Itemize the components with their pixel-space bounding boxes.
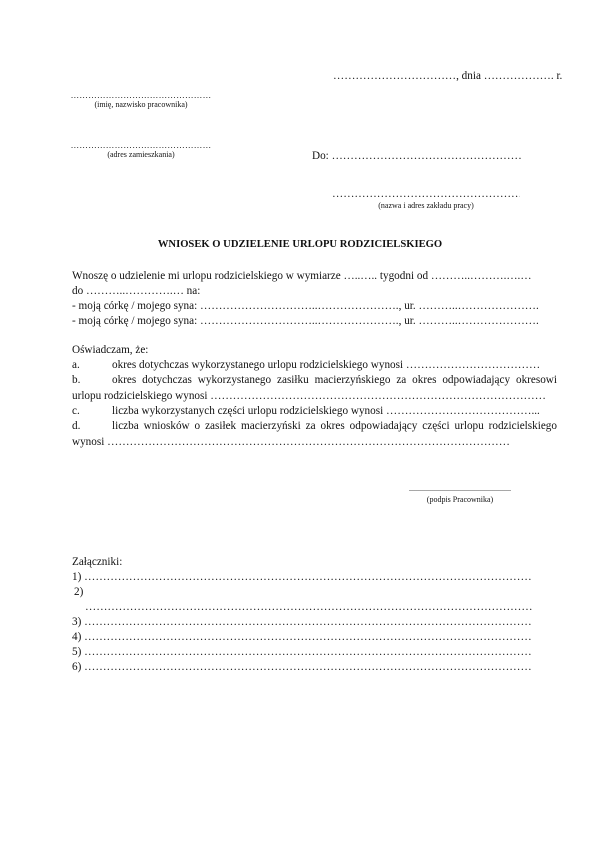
attachment-item: 3) ……………………………………………………………………………………………………	[72, 616, 557, 628]
child-birth-field[interactable]: ………..………………….	[418, 300, 538, 312]
attachment-marker: 6)	[72, 661, 81, 673]
attachment-field[interactable]: …………………………………………………………………………………………………………	[84, 616, 532, 628]
attachment-item: 6) ……………………………………………………………………………………………………	[72, 661, 557, 673]
birth-label: , ur.	[399, 300, 416, 312]
to-label: do	[72, 285, 83, 297]
attachment-marker: 5)	[72, 646, 81, 658]
signature-label: (podpis Pracownika)	[390, 493, 530, 506]
attachments-heading: Załączniki:	[72, 556, 557, 568]
item-field[interactable]: ………………………………………………………………………………………………	[107, 436, 510, 448]
na-label: na:	[187, 285, 201, 297]
declaration-item-b-cont: urlopu rodzicielskiego wynosi ……………………………	[72, 390, 557, 402]
attachment-marker: 3)	[72, 616, 81, 628]
attachment-item: 4) ……………………………………………………………………………………………………	[72, 631, 557, 643]
child-line: - moją córkę / mojego syna: …………………………..…	[72, 300, 557, 312]
child-label: - moją córkę / mojego syna:	[72, 315, 197, 327]
signature-block: ........................................…	[390, 484, 530, 506]
employee-name-label: (imię, nazwisko pracownika)	[58, 100, 224, 110]
item-text: okres dotychczas wykorzystanego urlopu r…	[112, 359, 403, 371]
item-field[interactable]: ………………………………	[406, 359, 540, 371]
item-field[interactable]: ………………………………………………………………………………	[210, 390, 546, 402]
declaration-heading: Oświadczam, że:	[72, 344, 557, 356]
company-block: …………………………………………… (nazwa i adres zakładu…	[332, 188, 520, 211]
child-name-field[interactable]: …………………………..………………….	[200, 300, 399, 312]
attachment-marker: 1)	[72, 571, 81, 583]
employee-address-label: (adres zamieszkania)	[58, 150, 224, 160]
attachment-field[interactable]: …………………………………………………………………………………………………………	[85, 601, 533, 613]
child-line: - moją córkę / mojego syna: …………………………..…	[72, 315, 557, 327]
item-marker: a.	[72, 359, 112, 371]
child-label: - moją córkę / mojego syna:	[72, 300, 197, 312]
attachment-field[interactable]: …………………………………………………………………………………………………………	[84, 646, 532, 658]
declaration-item-a: a.okres dotychczas wykorzystanego urlopu…	[72, 359, 557, 371]
attachment-item: 1) ……………………………………………………………………………………………………	[72, 571, 557, 583]
weeks-label: tygodni od	[380, 270, 428, 282]
attachment-item: 2)	[74, 586, 559, 598]
item-field[interactable]: …………………………………...	[386, 405, 540, 417]
declaration-item-d: d.liczba wniosków o zasiłek macierzyński…	[72, 420, 557, 435]
recipient-field[interactable]: ……………………………………………	[332, 150, 522, 162]
recipient-line: Do: ……………………………………………	[312, 150, 522, 162]
to-date-field[interactable]: ………..………….…	[86, 285, 184, 297]
attachment-field[interactable]: …………………………………………………………………………………………………………	[84, 631, 532, 643]
attachment-marker: 2)	[74, 586, 83, 598]
year-suffix: r.	[554, 70, 563, 82]
declaration-item-d-cont: wynosi …………………………………………………………………………………………	[72, 436, 557, 448]
company-field[interactable]: ……………………………………………	[332, 188, 520, 201]
declaration-item-c: c.liczba wykorzystanych części urlopu ro…	[72, 405, 557, 417]
item-marker: c.	[72, 405, 112, 417]
signature-field[interactable]: ........................................…	[390, 484, 530, 493]
place-date-line: ……………………………, dnia ………………. r.	[333, 70, 562, 82]
dnia-label: , dnia	[456, 70, 481, 82]
weeks-field[interactable]: …..…..	[344, 270, 378, 282]
attachment-marker: 4)	[72, 631, 81, 643]
request-text: Wnoszę o udzielenie mi urlopu rodziciels…	[72, 270, 341, 282]
employee-name-field[interactable]: …………………………………………	[58, 91, 224, 100]
date-field[interactable]: ……………….	[484, 70, 554, 82]
request-line-2: do ………..………….… na:	[72, 285, 557, 297]
item-text-cont: wynosi	[72, 436, 104, 448]
employee-address-block: ………………………………………… (adres zamieszkania)	[58, 141, 224, 160]
company-label: (nazwa i adres zakładu pracy)	[332, 201, 520, 211]
item-text-cont: urlopu rodzicielskiego wynosi	[72, 390, 207, 402]
item-text: liczba wykorzystanych części urlopu rodz…	[112, 405, 383, 417]
birth-label: , ur.	[399, 315, 416, 327]
do-label: Do:	[312, 150, 329, 162]
employee-address-field[interactable]: …………………………………………	[58, 141, 224, 150]
attachment-item: 5) ……………………………………………………………………………………………………	[72, 646, 557, 658]
attachment-item-cont: …………………………………………………………………………………………………………	[85, 601, 557, 613]
declaration-item-b: b.okres dotychczas wykorzystanego zasiłk…	[72, 374, 557, 389]
item-marker: d.	[72, 420, 112, 432]
item-text: okres dotychczas wykorzystanego zasiłku …	[112, 374, 557, 386]
from-date-field[interactable]: ………..……….….…	[431, 270, 532, 282]
child-birth-field[interactable]: ………..………………….	[418, 315, 538, 327]
item-text: liczba wniosków o zasiłek macierzyński z…	[112, 420, 557, 432]
employee-name-block: ………………………………………… (imię, nazwisko pracown…	[58, 91, 224, 110]
item-marker: b.	[72, 374, 112, 386]
child-name-field[interactable]: …………………………..………………….	[200, 315, 399, 327]
attachment-field[interactable]: …………………………………………………………………………………………………………	[84, 661, 532, 673]
document-title: WNIOSEK O UDZIELENIE URLOPU RODZICIELSKI…	[0, 239, 600, 250]
attachment-field[interactable]: …………………………………………………………………………………………………………	[84, 571, 532, 583]
place-field[interactable]: ……………………………	[333, 70, 456, 82]
request-line-1: Wnoszę o udzielenie mi urlopu rodziciels…	[72, 270, 557, 282]
